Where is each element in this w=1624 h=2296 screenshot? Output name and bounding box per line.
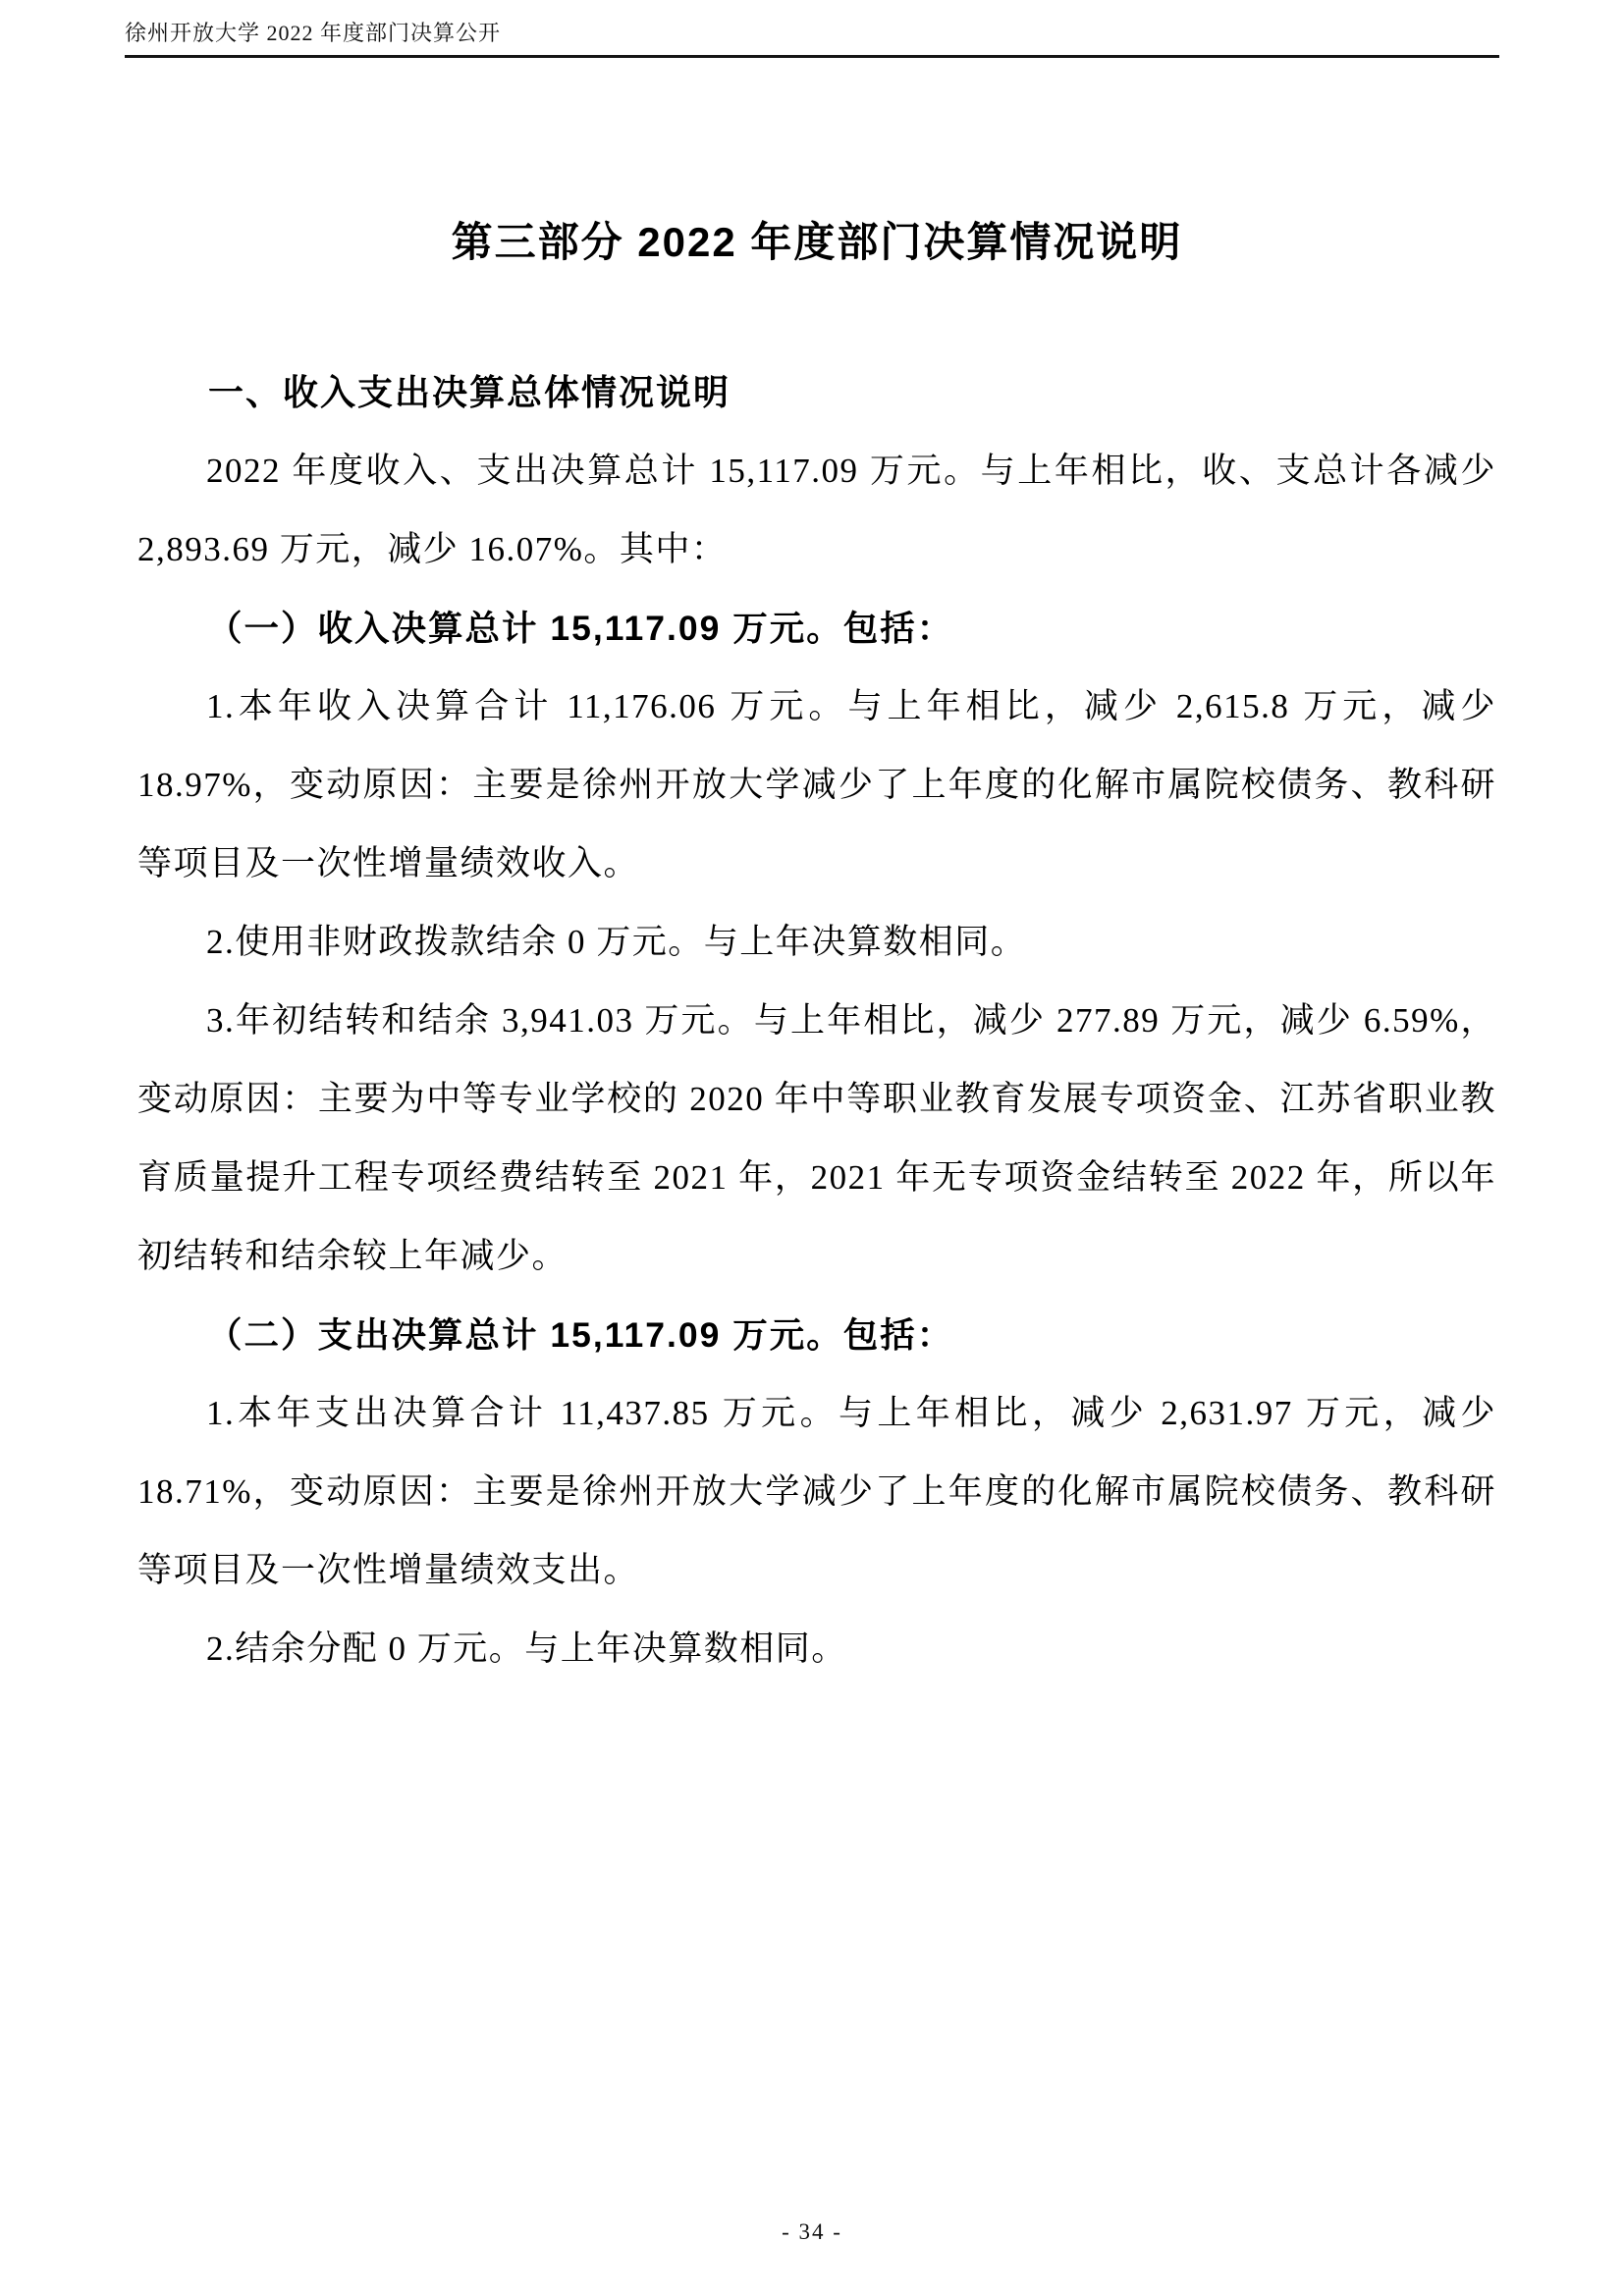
- subheading-expenditure-total: （二）支出决算总计 15,117.09 万元。包括：: [137, 1296, 1496, 1374]
- paragraph-expenditure-current-year: 1.本年支出决算合计 11,437.85 万元。与上年相比，减少 2,631.9…: [137, 1374, 1496, 1610]
- paragraph-carryover-balance: 3.年初结转和结余 3,941.03 万元。与上年相比，减少 277.89 万元…: [137, 982, 1496, 1296]
- page-header-text: 徐州开放大学 2022 年度部门决算公开: [125, 16, 1499, 51]
- header-divider-rule: [125, 55, 1499, 58]
- paragraph-surplus-distribution: 2.结余分配 0 万元。与上年决算数相同。: [137, 1610, 1496, 1688]
- paragraph-income-current-year: 1.本年收入决算合计 11,176.06 万元。与上年相比，减少 2,615.8…: [137, 667, 1496, 903]
- section-heading-income-expenditure-overview: 一、收入支出决算总体情况说明: [137, 353, 1496, 432]
- document-title: 第三部分 2022 年度部门决算情况说明: [137, 218, 1496, 267]
- document-body: 第三部分 2022 年度部门决算情况说明 一、收入支出决算总体情况说明 2022…: [137, 218, 1496, 1688]
- document-page: 徐州开放大学 2022 年度部门决算公开 第三部分 2022 年度部门决算情况说…: [0, 0, 1624, 2296]
- paragraph-total-budget-summary: 2022 年度收入、支出决算总计 15,117.09 万元。与上年相比，收、支总…: [137, 432, 1496, 589]
- subheading-income-total: （一）收入决算总计 15,117.09 万元。包括：: [137, 589, 1496, 667]
- page-number: - 34 -: [0, 2219, 1624, 2245]
- paragraph-non-fiscal-balance: 2.使用非财政拨款结余 0 万元。与上年决算数相同。: [137, 903, 1496, 982]
